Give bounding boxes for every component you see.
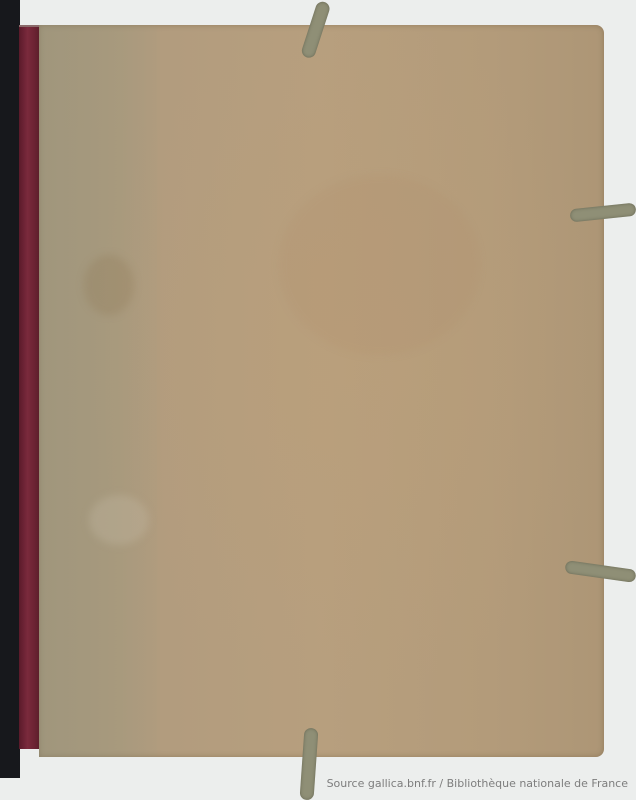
stain: [84, 255, 134, 315]
dark-background-strip: [0, 0, 20, 778]
stain: [89, 495, 149, 545]
book-cover: [39, 25, 604, 757]
stain: [279, 175, 479, 355]
source-watermark: Source gallica.bnf.fr / Bibliothèque nat…: [327, 777, 628, 790]
book-spine: [19, 25, 40, 749]
